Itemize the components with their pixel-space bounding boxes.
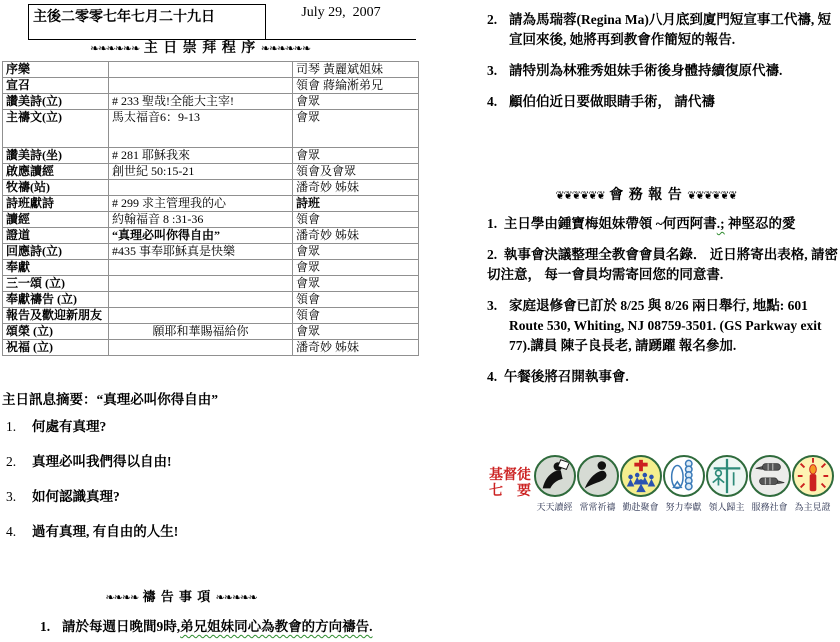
item-number: 4. bbox=[487, 369, 497, 384]
item-text: 神堅忍的愛 bbox=[725, 216, 796, 231]
program-row: 三一頌 (立)會眾 bbox=[3, 276, 419, 292]
program-item: 序樂 bbox=[3, 62, 109, 78]
program-row: 回應詩(立)#435 事奉耶穌真是快樂會眾 bbox=[3, 244, 419, 260]
summary-point: 4.過有真理, 有自由的人生! bbox=[6, 522, 416, 542]
program-item: 報告及歡迎新朋友 bbox=[3, 308, 109, 324]
essential-badge: 服務社會 bbox=[748, 455, 791, 513]
program-detail bbox=[109, 308, 293, 324]
ornament-right-icon: ❦❦❦❦❦❦ bbox=[687, 189, 736, 202]
program-who: 潘奇妙 姊妹 bbox=[293, 180, 419, 196]
program-detail: # 281 耶穌我來 bbox=[109, 148, 293, 164]
program-who: 領會 bbox=[293, 292, 419, 308]
program-item: 證道 bbox=[3, 228, 109, 244]
program-row: 詩班獻詩# 299 求主管理我的心詩班 bbox=[3, 196, 419, 212]
program-detail bbox=[109, 292, 293, 308]
program-row: 讚美詩(坐)# 281 耶穌我來會眾 bbox=[3, 148, 419, 164]
point-text: 如何認識真理? bbox=[32, 487, 120, 507]
essential-badge: 領人歸主 bbox=[705, 455, 748, 513]
item-text: 主日學由鍾寶梅姐妹帶領 ~何西阿書 bbox=[504, 216, 717, 231]
program-who: 領會 bbox=[293, 308, 419, 324]
ornament-left-icon: ❦❦❦❦❦❦ bbox=[555, 189, 604, 202]
program-item: 讀經 bbox=[3, 212, 109, 228]
program-row: 奉獻會眾 bbox=[3, 260, 419, 276]
essential-badge: 勤赴聚會 bbox=[619, 455, 662, 513]
program-item: 詩班獻詩 bbox=[3, 196, 109, 212]
program-item: 啟應讀經 bbox=[3, 164, 109, 180]
item-text: 家庭退修會已訂於 8/25 與 8/26 兩日舉行, 地點: 601 Route… bbox=[509, 296, 838, 356]
sermon-summary-points: 1.何處有真理? 2.真理必叫我們得以自由! 3.如何認識真理? 4.過有真理,… bbox=[6, 417, 416, 557]
program-row: 讚美詩(立)# 233 聖哉!全能大主宰!會眾 bbox=[3, 94, 419, 110]
serving-hands-icon bbox=[749, 455, 791, 497]
point-number: 1. bbox=[6, 417, 32, 437]
program-who: 詩班 bbox=[293, 196, 419, 212]
program-detail: # 299 求主管理我的心 bbox=[109, 196, 293, 212]
worship-program-table: 序樂司琴 黃麗斌姐妹 宣召領會 蔣綸淅弟兄 讚美詩(立)# 233 聖哉!全能大… bbox=[2, 61, 419, 356]
program-item: 讚美詩(坐) bbox=[3, 148, 109, 164]
prayer-item: 4.顧伯伯近日要做眼睛手術， 請代禱 bbox=[487, 92, 837, 112]
seven-label-line2: 七 要 bbox=[487, 483, 533, 499]
program-detail: #435 事奉耶穌真是快樂 bbox=[109, 244, 293, 260]
program-detail: 約翰福音 8 :31-36 bbox=[109, 212, 293, 228]
item-text: 午餐後將召開執事會. bbox=[504, 369, 629, 384]
bulletin-page: 主後二零零七年七月二十九日 July 29, 2007 ❧❧❧❧❧❧ 主 日 崇… bbox=[0, 0, 840, 642]
essential-label: 領人歸主 bbox=[705, 500, 748, 513]
program-detail: 馬太福音6：9-13 bbox=[109, 110, 293, 148]
item-number: 1. bbox=[487, 216, 497, 231]
program-who: 司琴 黃麗斌姐妹 bbox=[293, 62, 419, 78]
program-who: 領會及會眾 bbox=[293, 164, 419, 180]
ornament-right-icon: ❧❧❧❧❧❧ bbox=[261, 42, 310, 55]
essential-badge: 努力奉獻 bbox=[662, 455, 705, 513]
prayer-item: 2.請為馬瑞蓉(Regina Ma)八月底到廈門短宣事工代禱, 短宣回來後, 她… bbox=[487, 10, 837, 50]
report-item: 1. 主日學由鍾寶梅姐妹帶領 ~何西阿書.; 神堅忍的愛 bbox=[487, 214, 838, 234]
program-item: 牧禱(站) bbox=[3, 180, 109, 196]
program-item: 頌榮 (立) bbox=[3, 324, 109, 340]
program-row: 牧禱(站)潘奇妙 姊妹 bbox=[3, 180, 419, 196]
program-detail bbox=[109, 180, 293, 196]
summary-point: 2.真理必叫我們得以自由! bbox=[6, 452, 416, 472]
program-who: 會眾 bbox=[293, 324, 419, 340]
prayer-items-title: 禱 告 事 項 bbox=[143, 589, 212, 604]
program-who: 潘奇妙 姊妹 bbox=[293, 228, 419, 244]
program-item: 讚美詩(立) bbox=[3, 94, 109, 110]
summary-point: 3.如何認識真理? bbox=[6, 487, 416, 507]
report-item: 3. 家庭退修會已訂於 8/25 與 8/26 兩日舉行, 地點: 601 Ro… bbox=[487, 296, 838, 356]
program-item: 祝福 (立) bbox=[3, 340, 109, 356]
item-number: 3. bbox=[487, 61, 509, 81]
essential-label: 服務社會 bbox=[748, 500, 791, 513]
prayer-item: 1. 請於每週日晚間9時,弟兄姐妹同心為教會的方向禱告. bbox=[40, 617, 430, 637]
program-row: 主禱文(立)馬太福音6：9-13會眾 bbox=[3, 110, 419, 148]
program-row: 報告及歡迎新朋友領會 bbox=[3, 308, 419, 324]
program-row: 頌榮 (立)願耶和華賜福給你會眾 bbox=[3, 324, 419, 340]
item-number: 3. bbox=[487, 296, 509, 356]
date-row: 主後二零零七年七月二十九日 July 29, 2007 bbox=[29, 5, 417, 40]
program-row: 啟應讀經創世紀 50:15-21領會及會眾 bbox=[3, 164, 419, 180]
program-item: 宣召 bbox=[3, 78, 109, 94]
program-item: 回應詩(立) bbox=[3, 244, 109, 260]
seven-essentials-label: 基督徒 七 要 bbox=[487, 467, 533, 499]
program-who: 潘奇妙 姊妹 bbox=[293, 340, 419, 356]
prayer-items-heading: ❧❧❧❧ 禱 告 事 項 ❧❧❧❧❧ bbox=[0, 586, 362, 605]
program-detail bbox=[109, 260, 293, 276]
program-who: 會眾 bbox=[293, 110, 419, 148]
program-item: 三一頌 (立) bbox=[3, 276, 109, 292]
program-who: 領會 蔣綸淅弟兄 bbox=[293, 78, 419, 94]
ornament-left-icon: ❧❧❧❧❧❧ bbox=[90, 42, 139, 55]
item-number: 4. bbox=[487, 92, 509, 112]
spellcheck-underline: 弟兄姐妹同心為教會的方向禱告. bbox=[180, 619, 372, 634]
summary-point: 1.何處有真理? bbox=[6, 417, 416, 437]
point-number: 2. bbox=[6, 452, 32, 472]
item-text: 顧伯伯近日要做眼睛手術， 請代禱 bbox=[509, 92, 715, 112]
point-text: 真理必叫我們得以自由! bbox=[32, 452, 172, 472]
program-who: 會眾 bbox=[293, 148, 419, 164]
program-detail bbox=[109, 62, 293, 78]
prayer-items-continued: 2.請為馬瑞蓉(Regina Ma)八月底到廈門短宣事工代禱, 短宣回來後, 她… bbox=[487, 10, 837, 123]
essential-label: 為主見證 bbox=[791, 500, 834, 513]
seven-label-line1: 基督徒 bbox=[487, 467, 533, 483]
report-item: 4. 午餐後將召開執事會. bbox=[487, 367, 838, 387]
program-row: 證道“真理必叫你得自由”潘奇妙 姊妹 bbox=[3, 228, 419, 244]
program-item: 奉獻 bbox=[3, 260, 109, 276]
church-report-heading: ❦❦❦❦❦❦ 會 務 報 告 ❦❦❦❦❦❦ bbox=[485, 184, 807, 204]
program-detail bbox=[109, 340, 293, 356]
essential-label: 常常祈禱 bbox=[576, 500, 619, 513]
item-text: 執事會決議整理全教會會員名錄． 近日將寄出表格, 請密切注意， 每一會員均需寄回… bbox=[487, 247, 838, 282]
point-number: 4. bbox=[6, 522, 32, 542]
program-row: 宣召領會 蔣綸淅弟兄 bbox=[3, 78, 419, 94]
prayer-item: 3.請特別為林雅秀姐妹手術後身體持續復原代禱. bbox=[487, 61, 837, 81]
program-item: 主禱文(立) bbox=[3, 110, 109, 148]
essential-badge: 常常祈禱 bbox=[576, 455, 619, 513]
candle-witness-icon bbox=[792, 455, 834, 497]
program-who: 領會 bbox=[293, 212, 419, 228]
lead-people-icon bbox=[706, 455, 748, 497]
point-text: 過有真理, 有自由的人生! bbox=[32, 522, 178, 542]
program-detail: 願耶和華賜福給你 bbox=[109, 324, 293, 340]
christian-seven-essentials-banner: 基督徒 七 要 天天讀經 常常祈禱 bbox=[487, 455, 837, 513]
program-detail bbox=[109, 78, 293, 94]
essential-badge: 天天讀經 bbox=[533, 455, 576, 513]
program-who: 會眾 bbox=[293, 276, 419, 292]
program-row: 奉獻禱告 (立)領會 bbox=[3, 292, 419, 308]
essential-label: 努力奉獻 bbox=[662, 500, 705, 513]
essential-badge: 為主見證 bbox=[791, 455, 834, 513]
program-detail bbox=[109, 276, 293, 292]
item-text: 請為馬瑞蓉(Regina Ma)八月底到廈門短宣事工代禱, 短宣回來後, 她將再… bbox=[509, 10, 837, 50]
program-detail: 創世紀 50:15-21 bbox=[109, 164, 293, 180]
sermon-summary-heading: 主日訊息摘要：“真理必叫你得自由” bbox=[2, 388, 218, 408]
date-header-table: 主後二零零七年七月二十九日 July 29, 2007 bbox=[28, 4, 416, 40]
item-number: 1. bbox=[40, 617, 62, 637]
date-english: July 29, 2007 bbox=[266, 5, 417, 40]
gathering-icon bbox=[620, 455, 662, 497]
report-item: 2. 執事會決議整理全教會會員名錄． 近日將寄出表格, 請密切注意， 每一會員均… bbox=[487, 245, 838, 285]
essential-label: 天天讀經 bbox=[533, 500, 576, 513]
item-text: 請於每週日晚間9時,弟兄姐妹同心為教會的方向禱告. bbox=[62, 617, 373, 637]
program-detail: “真理必叫你得自由” bbox=[109, 228, 293, 244]
essential-label: 勤赴聚會 bbox=[619, 500, 662, 513]
ornament-left-icon: ❧❧❧❧ bbox=[105, 591, 138, 604]
offering-fish-icon bbox=[663, 455, 705, 497]
church-report-items: 1. 主日學由鍾寶梅姐妹帶領 ~何西阿書.; 神堅忍的愛 2. 執事會決議整理全… bbox=[487, 214, 838, 398]
ornament-right-icon: ❧❧❧❧❧ bbox=[216, 591, 257, 604]
program-who: 會眾 bbox=[293, 94, 419, 110]
praying-icon bbox=[577, 455, 619, 497]
worship-order-title: 主 日 崇 拜 程 序 bbox=[144, 41, 257, 56]
program-who: 會眾 bbox=[293, 260, 419, 276]
program-who: 會眾 bbox=[293, 244, 419, 260]
point-number: 3. bbox=[6, 487, 32, 507]
program-row: 序樂司琴 黃麗斌姐妹 bbox=[3, 62, 419, 78]
program-detail: # 233 聖哉!全能大主宰! bbox=[109, 94, 293, 110]
item-number: 2. bbox=[487, 247, 497, 262]
date-chinese: 主後二零零七年七月二十九日 bbox=[29, 5, 266, 40]
program-row: 祝福 (立)潘奇妙 姊妹 bbox=[3, 340, 419, 356]
church-report-title: 會 務 報 告 bbox=[609, 188, 683, 203]
program-row: 讀經 約翰福音 8 :31-36領會 bbox=[3, 212, 419, 228]
item-number: 2. bbox=[487, 10, 509, 50]
worship-order-heading: ❧❧❧❧❧❧ 主 日 崇 拜 程 序 ❧❧❧❧❧❧ bbox=[0, 37, 400, 57]
program-item: 奉獻禱告 (立) bbox=[3, 292, 109, 308]
spellcheck-underline: .; bbox=[717, 216, 725, 231]
point-text: 何處有真理? bbox=[32, 417, 106, 437]
bible-reading-icon bbox=[534, 455, 576, 497]
item-text: 請特別為林雅秀姐妹手術後身體持續復原代禱. bbox=[509, 61, 782, 81]
